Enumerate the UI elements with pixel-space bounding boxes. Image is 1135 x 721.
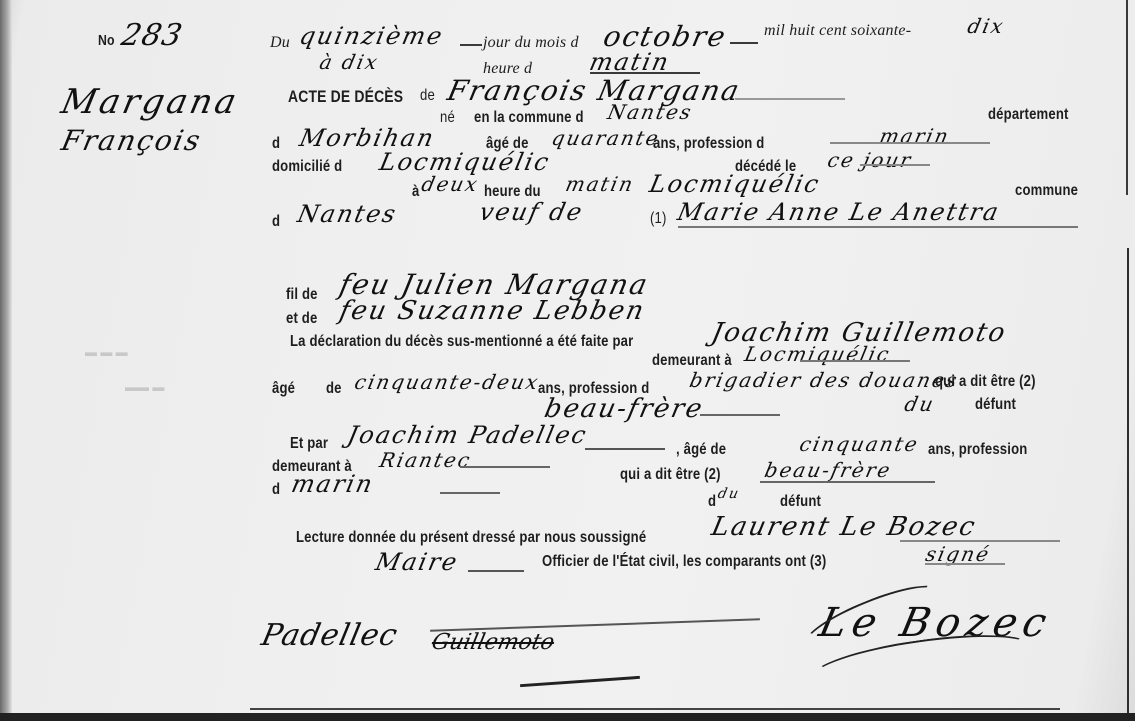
label-d3: d [272, 481, 280, 499]
label-age-de2: , âgé de [676, 441, 726, 459]
label-declaration: La déclaration du décès sus-mentionné a … [290, 333, 633, 351]
field-declarant2-relation: beau-frère [762, 458, 894, 482]
field-commune-of: Nantes [295, 200, 400, 228]
page-border-right-lower [1127, 248, 1129, 713]
viewer-bottom-bar [0, 713, 1135, 721]
field-declarant2-residence: Riantec [377, 448, 473, 472]
bottom-rule [250, 708, 1060, 710]
field-death-period: matin [563, 172, 636, 196]
field-death-place: Locmiquélic [647, 170, 823, 198]
field-declarant2-du: du [716, 486, 741, 502]
field-day: quinzième [297, 22, 446, 50]
record-number-label: No [98, 32, 115, 49]
label-domicilie: domicilié d [272, 158, 342, 176]
label-acte-de-deces: ACTE DE DÉCÈS [288, 87, 403, 107]
signature-padellec: Padellec [258, 618, 401, 653]
field-death-date: ce jour [825, 148, 914, 172]
field-death-hour: deux [419, 172, 481, 196]
field-spouse: Marie Anne Le Anettra [675, 198, 1003, 226]
label-et-par: Et par [290, 435, 328, 453]
page-binding-shadow [0, 0, 12, 713]
label-age: âgé [272, 380, 295, 398]
field-declarant1-age: cinquante-deux [352, 370, 542, 394]
field-declarant1-du: du [902, 392, 937, 416]
document-page: No 283 Margana François Du quinzième jou… [0, 0, 1135, 713]
field-maire: Maire [373, 548, 461, 576]
field-officer: Laurent Le Bozec [709, 512, 979, 542]
field-deceased-name: François Margana [444, 74, 743, 107]
label-defunt: défunt [975, 396, 1016, 414]
bleed-through-text: ▬ ▬ ▬ [85, 345, 128, 359]
label-qui-a-dit-etre: qui a dit être (2) [935, 373, 1036, 391]
label-ans-profession3: ans, profession [928, 441, 1027, 459]
label-du2: d [708, 493, 716, 511]
field-declarant1-residence: Locmiquélic [742, 342, 893, 366]
label-ne: né [440, 109, 455, 127]
field-profession: marin [877, 124, 952, 148]
field-hour: à dix [317, 50, 381, 74]
label-du: Du [270, 34, 290, 52]
label-du-dept: d [272, 135, 280, 153]
label-en-la-commune: en la commune d [474, 109, 584, 127]
label-departement: département [988, 106, 1069, 124]
label-et-de: et de [286, 310, 317, 328]
label-ans-profession: ans, profession d [653, 135, 764, 153]
field-declarant1-profession: brigadier des douanes [687, 368, 960, 392]
record-number: 283 [118, 18, 186, 53]
margin-given-name: François [58, 124, 204, 157]
label-de2: de [326, 380, 342, 398]
field-declarant2-age: cinquante [797, 432, 921, 456]
field-declarant1-relation: beau-frère [542, 394, 707, 424]
field-declarant2-profession: marin [289, 470, 377, 498]
label-a: à [412, 183, 419, 201]
field-marital-status: veuf de [477, 198, 586, 226]
label-commune: commune [1015, 182, 1078, 200]
label-de: de [420, 87, 435, 105]
field-declarant2-name: Joachim Padellec [345, 421, 590, 449]
field-age: quarante [549, 126, 662, 150]
field-birth-commune: Nantes [605, 100, 695, 124]
label-jour-du-mois: jour du mois d [483, 34, 579, 52]
label-d-commune: d [272, 213, 280, 231]
bleed-through-text: ▬▬ ▬ [125, 380, 164, 394]
field-mother: feu Suzanne Lebben [337, 296, 648, 326]
label-defunt2: défunt [780, 493, 821, 511]
field-year-suffix: dix [965, 14, 1007, 38]
label-mil-huit-cent: mil huit cent soixante- [764, 22, 911, 40]
margin-surname: Margana [58, 82, 243, 122]
label-officier: Officier de l'État civil, les comparants… [542, 553, 826, 571]
label-note-1: (1) [650, 210, 667, 228]
signature-guillemoto: Guillemoto [429, 630, 556, 655]
page-border-right [1126, 0, 1128, 195]
label-lecture: Lecture donnée du présent dressé par nou… [296, 529, 646, 547]
label-qui-a-dit-etre2: qui a dit être (2) [620, 466, 721, 484]
label-fils-de: fil de [286, 286, 318, 304]
